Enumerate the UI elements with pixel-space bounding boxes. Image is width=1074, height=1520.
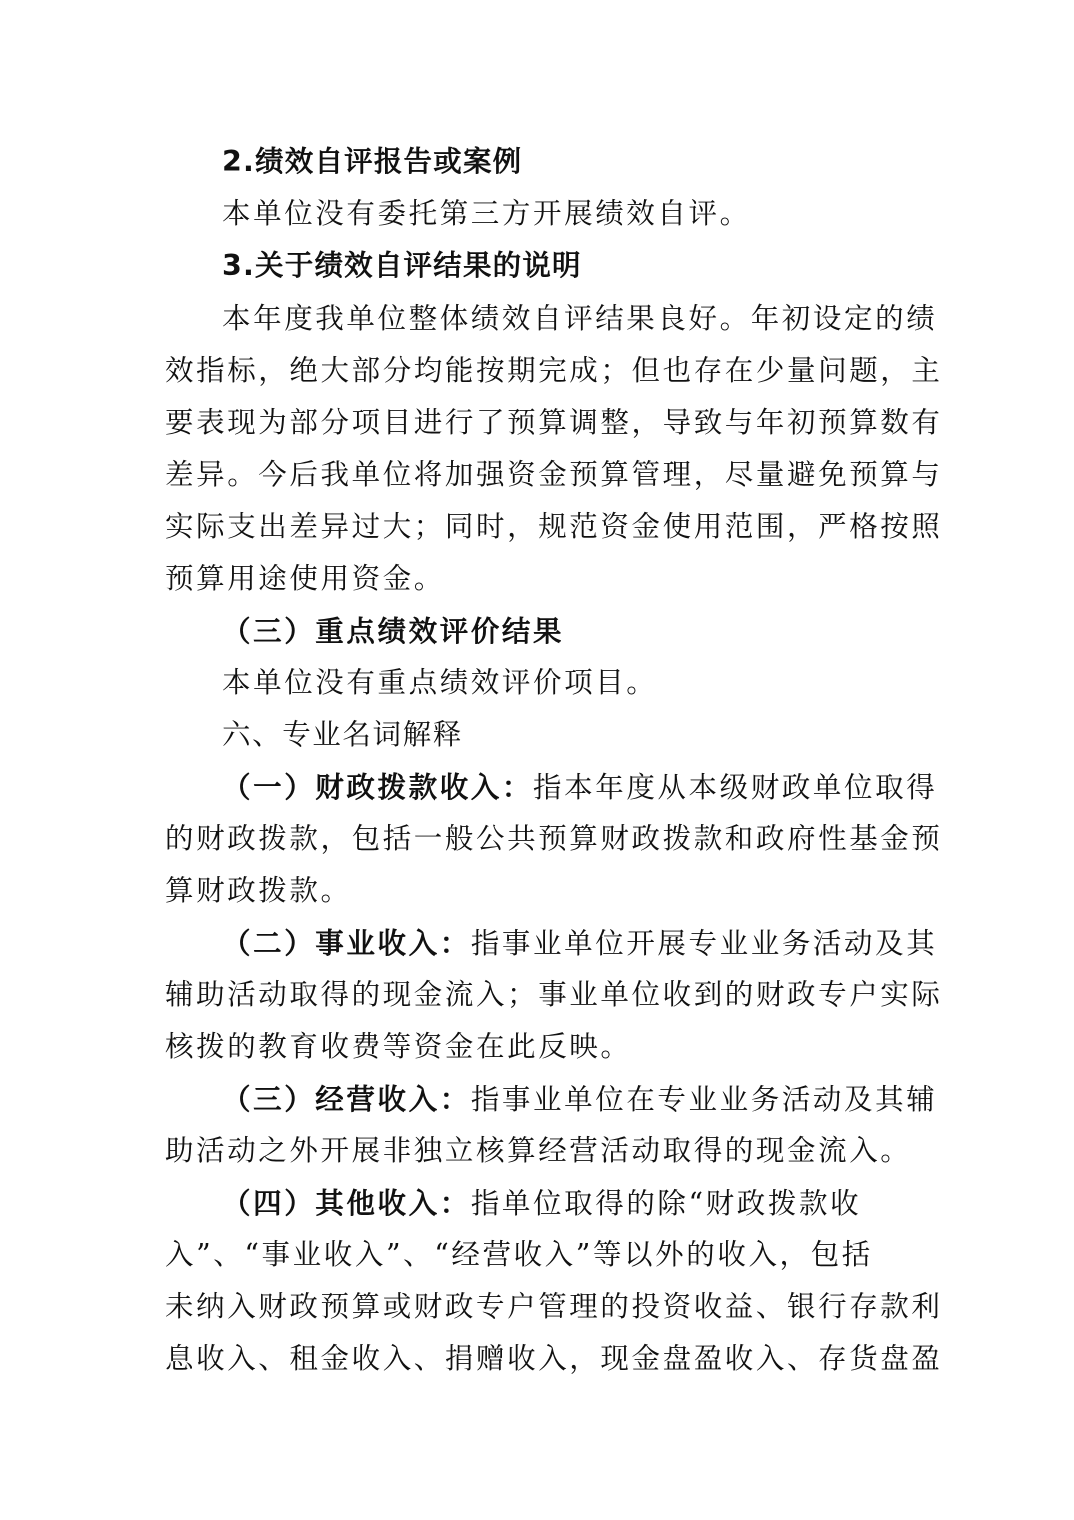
chapter-6-heading: 六、专业名词解释 bbox=[222, 709, 942, 761]
section-2-heading: 2.绩效自评报告或案例 bbox=[222, 136, 942, 188]
term-line: 算财政拨款。 bbox=[165, 865, 885, 917]
term-label: （四）其他收入： bbox=[222, 1186, 471, 1220]
section-3-body-line: 效指标，绝大部分均能按期完成；但也存在少量问题，主 bbox=[165, 345, 885, 397]
term-text: 指事业单位开展专业业务活动及其 bbox=[471, 927, 938, 960]
section-2-body: 本单位没有委托第三方开展绩效自评。 bbox=[222, 188, 942, 240]
section-3-body-line: 差异。今后我单位将加强资金预算管理，尽量避免预算与 bbox=[165, 449, 885, 501]
term-text: 指单位取得的除“财政拨款收 bbox=[471, 1187, 861, 1220]
section-3-heading: 3.关于绩效自评结果的说明 bbox=[222, 240, 942, 292]
term-label: （三）经营收入： bbox=[222, 1082, 471, 1116]
term-text: 指本年度从本级财政单位取得 bbox=[533, 771, 937, 804]
document-page: 2.绩效自评报告或案例 本单位没有委托第三方开展绩效自评。 3.关于绩效自评结果… bbox=[0, 0, 1074, 1520]
term-other-income: （四）其他收入：指单位取得的除“财政拨款收 bbox=[222, 1177, 942, 1229]
term-line: 的财政拨款，包括一般公共预算财政拨款和政府性基金预 bbox=[165, 813, 885, 865]
term-line: 入”、“事业收入”、“经营收入”等以外的收入，包括 bbox=[165, 1229, 885, 1281]
section-3-body-line: 预算用途使用资金。 bbox=[165, 553, 885, 605]
section-3-body-line: 本年度我单位整体绩效自评结果良好。年初设定的绩 bbox=[222, 293, 942, 345]
section-3-body-line: 要表现为部分项目进行了预算调整，导致与年初预算数有 bbox=[165, 397, 885, 449]
term-fiscal-appropriation: （一）财政拨款收入：指本年度从本级财政单位取得 bbox=[222, 761, 942, 813]
term-line: 助活动之外开展非独立核算经营活动取得的现金流入。 bbox=[165, 1125, 885, 1177]
term-business-income: （二）事业收入：指事业单位开展专业业务活动及其 bbox=[222, 917, 942, 969]
key-evaluation-body: 本单位没有重点绩效评价项目。 bbox=[222, 657, 942, 709]
term-line: 核拨的教育收费等资金在此反映。 bbox=[165, 1021, 885, 1073]
term-line: 息收入、租金收入、捐赠收入，现金盘盈收入、存货盘盈 bbox=[165, 1333, 885, 1385]
term-label: （二）事业收入： bbox=[222, 926, 471, 960]
term-label: （一）财政拨款收入： bbox=[222, 770, 533, 804]
term-operating-income: （三）经营收入：指事业单位在专业业务活动及其辅 bbox=[222, 1073, 942, 1125]
section-3-body-line: 实际支出差异过大；同时，规范资金使用范围，严格按照 bbox=[165, 501, 885, 553]
term-line: 未纳入财政预算或财政专户管理的投资收益、银行存款利 bbox=[165, 1281, 885, 1333]
key-evaluation-heading: （三）重点绩效评价结果 bbox=[222, 605, 942, 657]
term-text: 指事业单位在专业业务活动及其辅 bbox=[471, 1083, 938, 1116]
term-line: 辅助活动取得的现金流入；事业单位收到的财政专户实际 bbox=[165, 969, 885, 1021]
